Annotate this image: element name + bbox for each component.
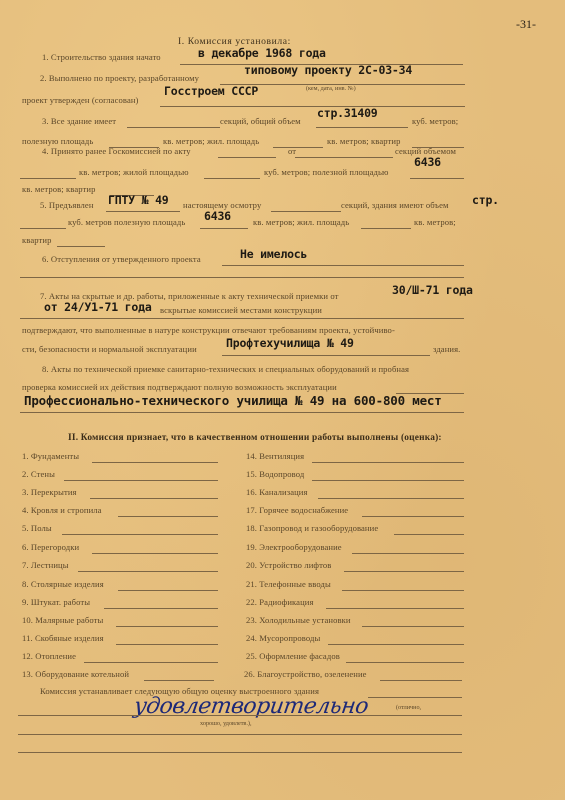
item7-value2: от 24/У1-71 года — [44, 300, 152, 314]
item2-label: 2. Выполнено по проекту, разработанному — [40, 73, 199, 83]
grade-field-16[interactable] — [318, 498, 464, 499]
grade-field-7[interactable] — [78, 571, 218, 572]
overall-assessment-line3[interactable] — [18, 734, 462, 735]
item4-line3: кв. метров; квартир — [22, 184, 96, 194]
grade-field-8[interactable] — [118, 590, 218, 591]
item3-label: 3. Все здание имеет — [42, 116, 116, 126]
item2-approved-line — [160, 106, 465, 107]
grade-field-14[interactable] — [312, 462, 464, 463]
grade-item-15: 15. Водопровод — [246, 469, 304, 479]
item8-line1: 8. Акты по технической приемке санитарно… — [42, 364, 409, 374]
grade-item-10: 10. Малярные работы — [22, 615, 103, 625]
grade-item-13: 13. Оборудование котельной — [22, 669, 129, 679]
item1-label: 1. Строительство здания начато — [42, 52, 161, 62]
item8-line2: проверка комиссией их действия подтвержд… — [22, 382, 337, 392]
item5-useful-area-line — [200, 228, 248, 229]
grade-item-25: 25. Оформление фасадов — [246, 651, 340, 661]
grade-field-24[interactable] — [328, 644, 464, 645]
grade-item-6: 6. Перегородки — [22, 542, 79, 552]
item5-line2-b: кв. метров; жил. площадь — [253, 217, 349, 227]
grade-item-22: 22. Радиофикация — [246, 597, 314, 607]
grade-field-3[interactable] — [90, 498, 218, 499]
overall-assessment-line1 — [368, 697, 462, 698]
item4-useful-area-line — [410, 178, 464, 179]
item6-field-line — [222, 265, 464, 266]
grade-field-26[interactable] — [380, 680, 462, 681]
item6-extra-line — [20, 277, 464, 278]
grade-field-22[interactable] — [326, 608, 464, 609]
item3-volume-line — [316, 127, 408, 128]
item5-volume-line — [20, 228, 66, 229]
item5-useful-area-value: 6436 — [204, 209, 231, 223]
item3-sections-label: секций, общий объем — [220, 116, 301, 126]
grade-item-16: 16. Канализация — [246, 487, 308, 497]
grade-field-18[interactable] — [394, 534, 464, 535]
item4-sqm-line — [20, 178, 76, 179]
item3-apartments-label: кв. метров; квартир — [327, 136, 401, 146]
grade-field-12[interactable] — [84, 662, 218, 663]
grade-item-4: 4. Кровля и стропила — [22, 505, 102, 515]
grade-field-11[interactable] — [116, 644, 218, 645]
item5-living-line — [361, 228, 411, 229]
item7-line4-b: здания. — [433, 344, 460, 354]
item3-volume-unit: куб. метров; — [412, 116, 458, 126]
item7-line3: подтверждают, что выполненные в натуре к… — [22, 325, 395, 335]
item7-line2: вскрытые комиссией местами конструкции — [160, 305, 322, 315]
grade-item-19: 19. Электрооборудование — [246, 542, 342, 552]
item5-line3: квартир — [22, 235, 51, 245]
grade-field-4[interactable] — [118, 516, 218, 517]
grade-field-1[interactable] — [92, 462, 218, 463]
item8-value-line — [20, 412, 464, 413]
grade-item-8: 8. Столярные изделия — [22, 579, 104, 589]
grade-field-19[interactable] — [352, 553, 464, 554]
item3-living-area-label: кв. метров; жил. площадь — [163, 136, 259, 146]
item8-value: Профессионально-технического училища № 4… — [24, 393, 442, 408]
item7-line4-a: сти, безопасности и нормальной эксплуата… — [22, 344, 197, 354]
item4-living-line — [204, 178, 260, 179]
item2-value: типовому проекту 2С-03-34 — [244, 63, 412, 77]
item1-value: в декабре 1968 года — [198, 46, 326, 60]
grade-item-2: 2. Стены — [22, 469, 55, 479]
grade-item-17: 17. Горячее водоснабжение — [246, 505, 348, 515]
item4-useful-area-value: 6436 — [414, 155, 441, 169]
item7-building-line — [222, 355, 430, 356]
item5-value-line — [106, 211, 180, 212]
page-number: -31- — [516, 17, 536, 32]
grade-item-5: 5. Полы — [22, 523, 52, 533]
grade-item-24: 24. Мусоропроводы — [246, 633, 320, 643]
item4-from-label: от — [288, 146, 296, 156]
overall-hint-1: (отлично, — [396, 704, 421, 711]
item6-label: 6. Отступления от утвержденного проекта — [42, 254, 201, 264]
grade-field-2[interactable] — [64, 480, 218, 481]
item4-from-line — [295, 157, 393, 158]
item4-line2-a: кв. метров; жилой площадью — [79, 167, 189, 177]
grade-field-17[interactable] — [362, 516, 464, 517]
grade-item-20: 20. Устройство лифтов — [246, 560, 331, 570]
item6-value: Не имелось — [240, 247, 307, 261]
grade-field-10[interactable] — [116, 626, 218, 627]
item5-apartments-line — [57, 246, 105, 247]
item3-volume-value: стр.31409 — [317, 106, 378, 120]
item7-value1: 30/Ш-71 года — [392, 283, 473, 297]
grade-item-26: 26. Благоустройство, озеленение — [244, 669, 367, 679]
overall-assessment-line4[interactable] — [18, 752, 462, 753]
grade-item-11: 11. Скобяные изделия — [22, 633, 104, 643]
item3-useful-area-label: полезную площадь — [22, 136, 93, 146]
section2-heading: II. Комиссия признает, что в качественно… — [68, 433, 442, 443]
item7-building-value: Профтехучилища № 49 — [226, 336, 354, 350]
grade-item-23: 23. Холодильные установки — [246, 615, 351, 625]
grade-item-21: 21. Телефонные вводы — [246, 579, 331, 589]
grade-field-23[interactable] — [362, 626, 464, 627]
item5-sections-line — [271, 211, 341, 212]
grade-field-25[interactable] — [346, 662, 464, 663]
item7-field-line — [20, 318, 464, 319]
grade-item-7: 7. Лестницы — [22, 560, 69, 570]
item4-line2-b: куб. метров; полезной площадью — [264, 167, 389, 177]
grade-field-20[interactable] — [344, 571, 464, 572]
item4-label: 4. Принято ранее Госкомиссией по акту — [42, 146, 191, 156]
grade-field-6[interactable] — [92, 553, 218, 554]
item5-line2-c: кв. метров; — [414, 217, 456, 227]
item2-approved-label: проект утвержден (согласован) — [22, 95, 139, 105]
grade-field-15[interactable] — [312, 480, 464, 481]
overall-assessment-line2[interactable] — [18, 715, 462, 716]
overall-hint-2: хорошо, удовлетв.), — [200, 720, 252, 727]
grade-item-3: 3. Перекрытия — [22, 487, 77, 497]
grade-field-21[interactable] — [342, 590, 464, 591]
grade-item-1: 1. Фундаменты — [22, 451, 79, 461]
grade-item-18: 18. Газопровод и газооборудование — [246, 523, 378, 533]
grade-item-9: 9. Штукат. работы — [22, 597, 90, 607]
item3-sections-line — [127, 127, 220, 128]
item3-living-area-line — [273, 147, 323, 148]
grade-field-13[interactable] — [144, 680, 214, 681]
item5-line2-a: куб. метров полезную площадь — [68, 217, 185, 227]
item5-value: ГПТУ № 49 — [108, 193, 169, 207]
grade-field-5[interactable] — [62, 534, 218, 535]
item5-volume-value: стр. — [472, 193, 499, 207]
item2-hint: (кем, дата, инв. №) — [306, 85, 356, 92]
item5-label: 5. Предъявлен — [40, 200, 94, 210]
item2-approved-value: Госстроем СССР — [164, 84, 258, 98]
item5-sections-label: секций, здания имеют объем — [341, 200, 449, 210]
item4-act-line — [218, 157, 276, 158]
grade-item-12: 12. Отопление — [22, 651, 76, 661]
grade-item-14: 14. Вентиляция — [246, 451, 304, 461]
grade-field-9[interactable] — [104, 608, 218, 609]
